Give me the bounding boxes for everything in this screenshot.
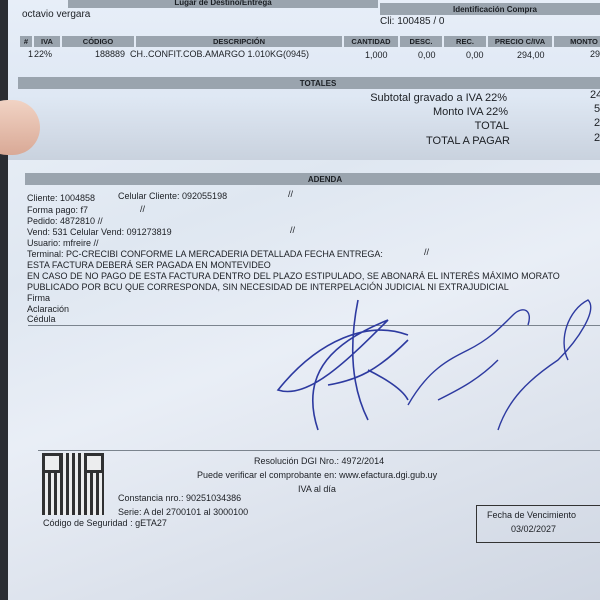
col-descripcion: DESCRIPCIÓN <box>136 36 342 47</box>
col-num: # <box>20 36 32 47</box>
row-rec: 0,00 <box>466 50 484 60</box>
row-codigo: 188889 <box>95 49 125 59</box>
adenda-aclaracion-label: Aclaración <box>27 304 69 314</box>
resolucion-dgi: Resolución DGI Nro.: 4972/2014 <box>254 456 384 466</box>
totales-title: TOTALES <box>300 79 337 88</box>
row-cantidad: 1,000 <box>365 50 388 60</box>
subtotal-label: Subtotal gravado a IVA 22% <box>308 92 507 104</box>
adenda-cliente: Cliente: 1004858 <box>27 193 95 203</box>
row-monto: 29 <box>590 49 600 59</box>
adenda-celular-cliente: Celular Cliente: 092055198 <box>118 191 227 201</box>
col-cantidad: CANTIDAD <box>344 36 398 47</box>
adenda-terminal: Terminal: PC-CRECIBI CONFORME LA MERCADE… <box>27 249 383 259</box>
adenda-separator: // <box>424 247 429 257</box>
col-iva: IVA <box>34 36 60 47</box>
row-precio: 294,00 <box>517 50 545 60</box>
total-pagar-label: TOTAL A PAGAR <box>308 135 510 147</box>
total-label: TOTAL <box>308 120 509 132</box>
adenda-cedula-label: Cédula <box>27 314 56 324</box>
handwritten-signature <box>258 280 600 450</box>
codigo-seguridad: Código de Seguridad : gETA27 <box>43 518 167 528</box>
adenda-forma-pago: Forma pago: f7 <box>27 205 88 215</box>
cli-id: Cli: 100485 / 0 <box>380 16 445 27</box>
row-desc: 0,00 <box>418 50 436 60</box>
col-codigo: CÓDIGO <box>62 36 134 47</box>
lugar-destino-label: Lugar de Destino/Entrega <box>174 0 271 7</box>
col-precio: PRECIO C/IVA <box>488 36 552 47</box>
row-num: 1 <box>28 49 33 59</box>
verificar-link-text: Puede verificar el comprobante en: www.e… <box>197 470 437 480</box>
identificacion-header: Identificación Compra <box>380 3 600 15</box>
adenda-vend: Vend: 531 Celular Vend: 091273819 <box>27 227 172 237</box>
invoice-paper: Lugar de Destino/Entrega Identificación … <box>8 0 600 600</box>
fecha-vencimiento-label: Fecha de Vencimiento <box>487 510 576 520</box>
adenda-pedido: Pedido: 4872810 // <box>27 216 103 226</box>
total-pagar-value: 2 <box>594 132 600 144</box>
row-descripcion: CH..CONFIT.COB.AMARGO 1.010KG(0945) <box>130 49 309 59</box>
monto-iva-label: Monto IVA 22% <box>308 106 508 118</box>
monto-iva-value: 5 <box>594 103 600 115</box>
adenda-firma-label: Firma <box>27 293 50 303</box>
adenda-line-montevideo: ESTA FACTURA DEBERÁ SER PAGADA EN MONTEV… <box>27 260 271 270</box>
footer-divider <box>38 450 600 451</box>
adenda-usuario: Usuario: mfreire // <box>27 238 99 248</box>
adenda-separator: // <box>288 189 293 199</box>
col-desc: DESC. <box>400 36 442 47</box>
constancia-nro: Constancia nro.: 90251034386 <box>118 493 241 503</box>
adenda-separator: // <box>140 204 145 214</box>
total-value: 2 <box>594 117 600 129</box>
subtotal-value: 24 <box>590 89 600 101</box>
fecha-vencimiento-value: 03/02/2027 <box>511 524 556 534</box>
lugar-destino-header: Lugar de Destino/Entrega <box>68 0 378 8</box>
totales-header: TOTALES <box>18 77 600 89</box>
col-monto: MONTO <box>554 36 600 47</box>
serie: Serie: A del 2700101 al 3000100 <box>118 507 248 517</box>
adenda-title: ADENDA <box>308 175 342 184</box>
iva-al-dia: IVA al día <box>298 484 336 494</box>
fecha-vencimiento-box: Fecha de Vencimiento 03/02/2027 <box>476 505 600 543</box>
col-rec: REC. <box>444 36 486 47</box>
qr-code <box>42 453 104 515</box>
adenda-separator: // <box>290 225 295 235</box>
client-name: octavio vergara <box>22 9 90 20</box>
identificacion-label: Identificación Compra <box>453 5 537 14</box>
adenda-header: ADENDA <box>25 173 600 185</box>
row-iva: 22% <box>34 49 52 59</box>
